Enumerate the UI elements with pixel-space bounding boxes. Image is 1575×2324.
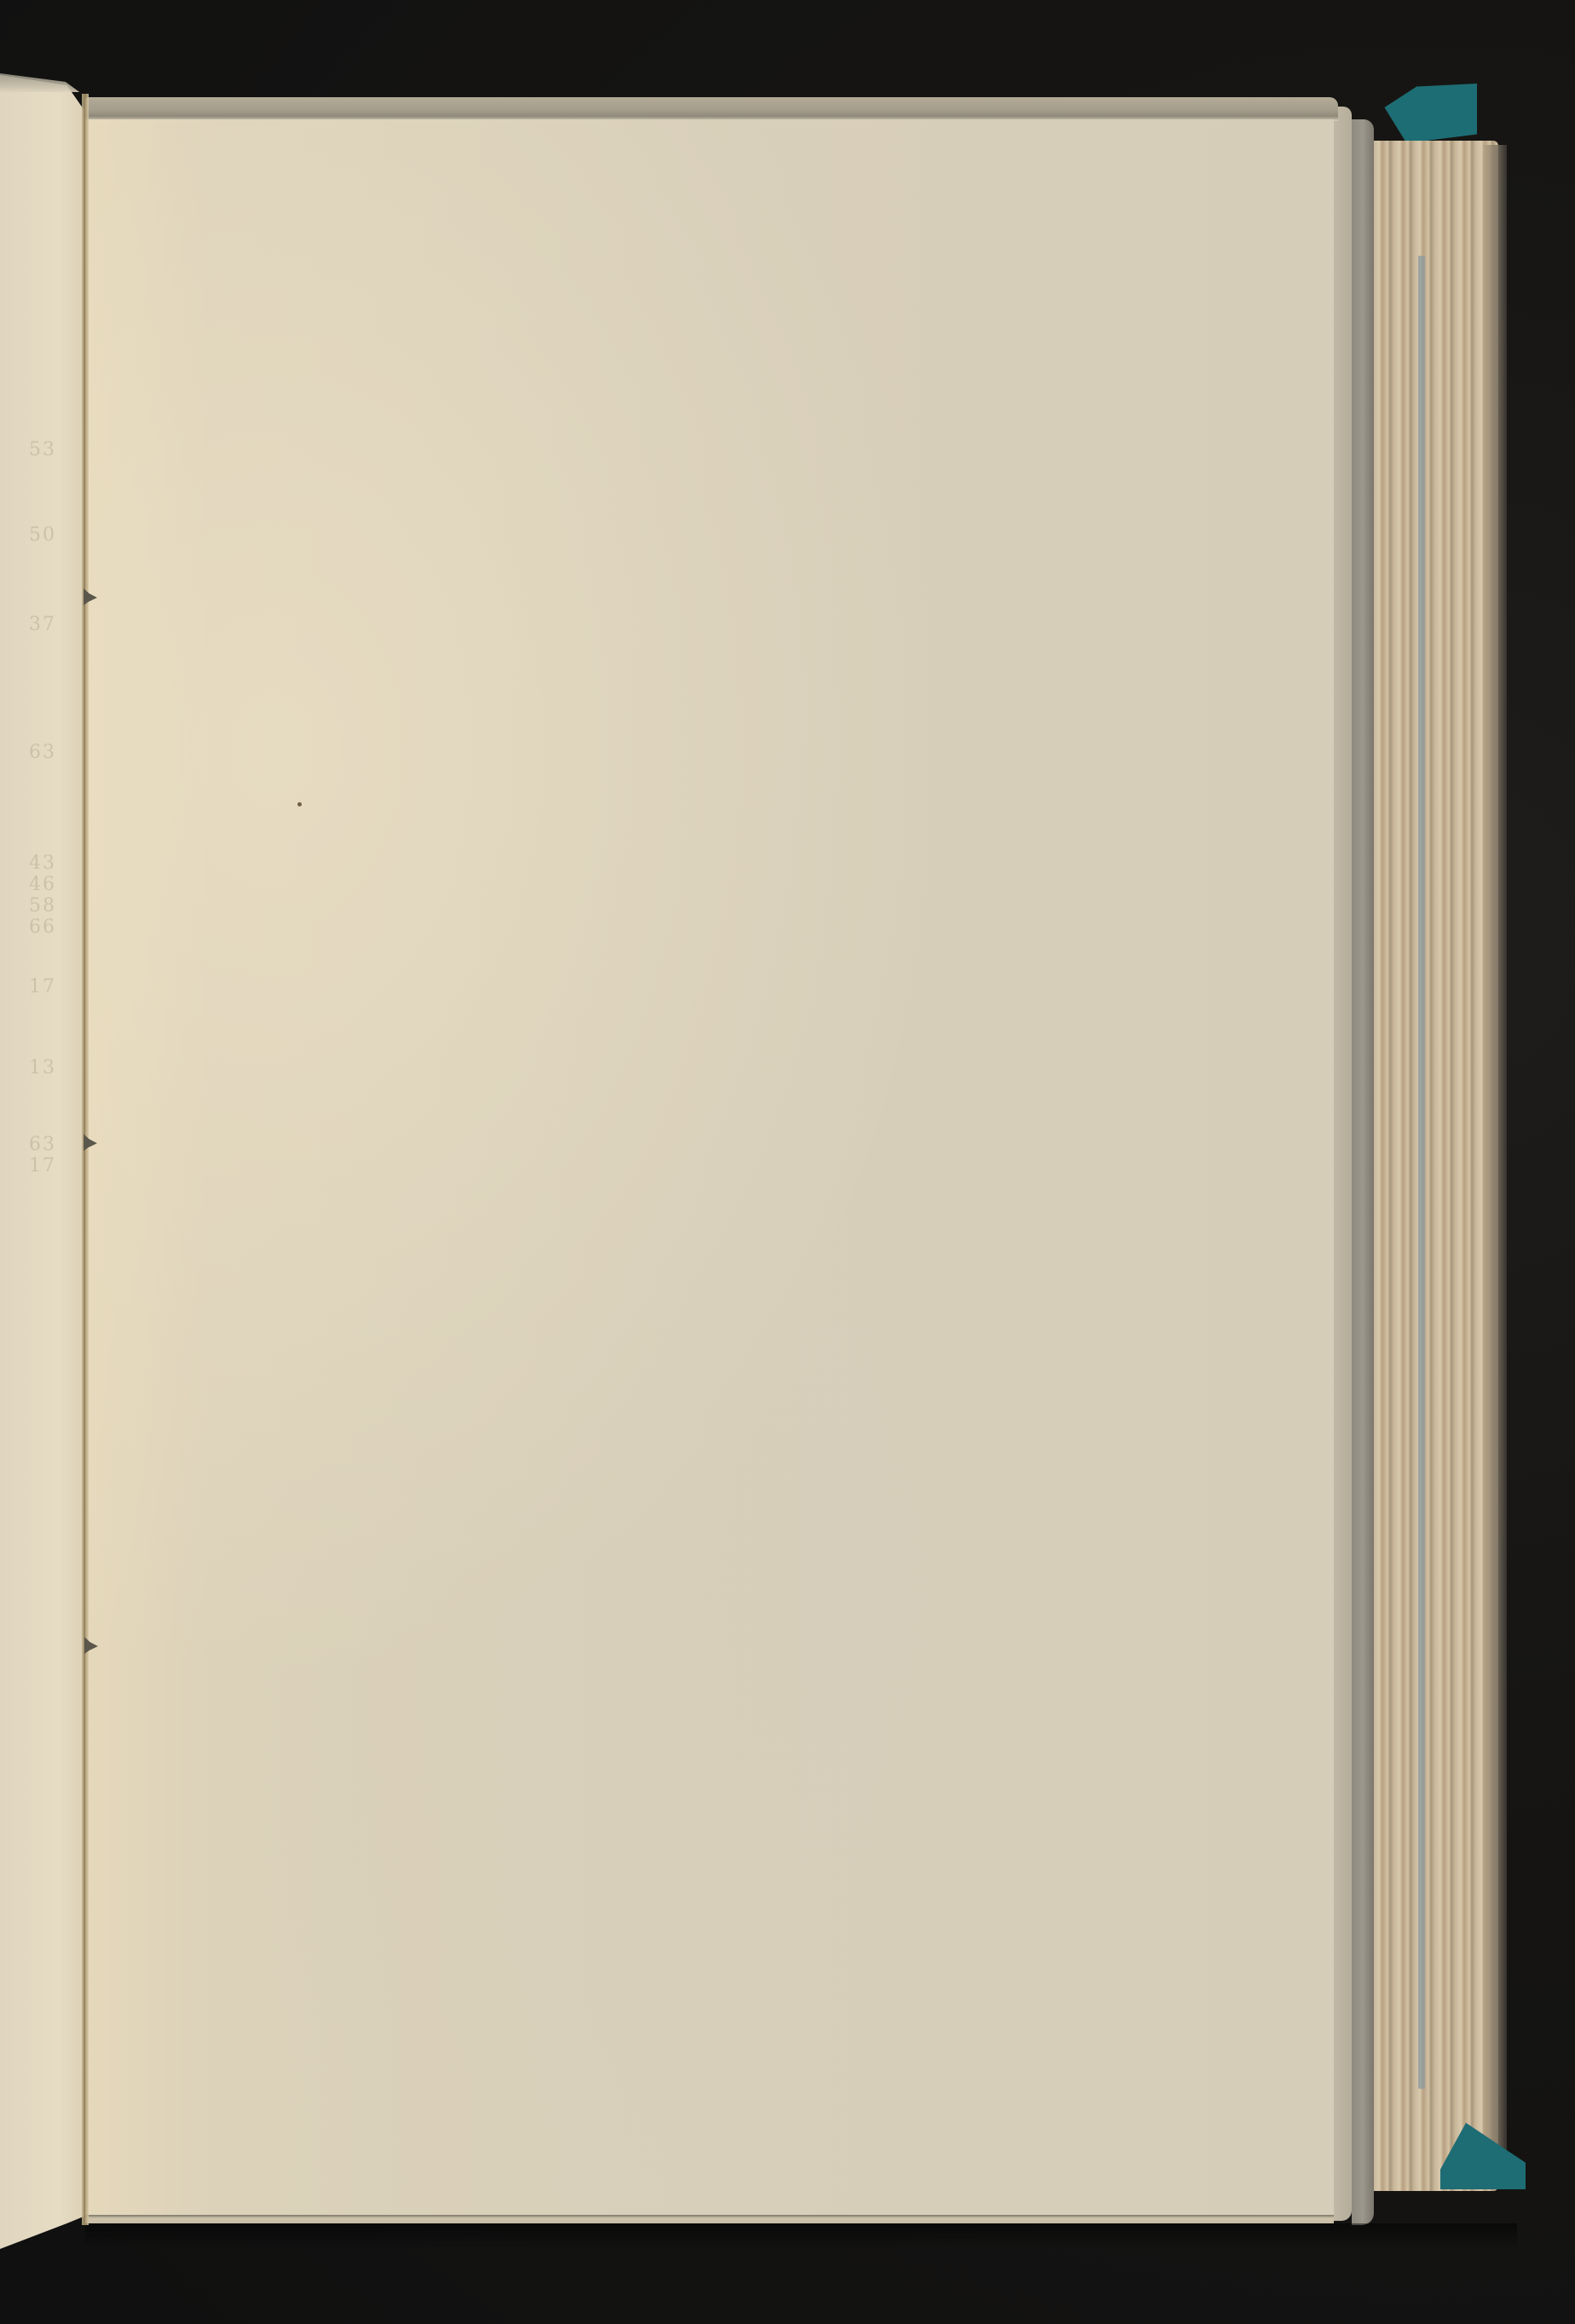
showthrough-mark: 58 xyxy=(29,895,56,916)
cover-board-edge xyxy=(1483,145,1507,2182)
showthrough-mark: 63 xyxy=(29,742,56,763)
page-bottom-edge xyxy=(85,2215,1334,2223)
book-gutter xyxy=(82,94,89,2225)
showthrough-mark: 46 xyxy=(29,874,56,895)
showthrough-mark: 13 xyxy=(29,1057,56,1078)
showthrough-mark: 43 xyxy=(29,853,56,874)
page-top-deckle-edge xyxy=(85,97,1338,121)
showthrough-mark: 53 xyxy=(29,439,56,460)
showthrough-mark: 17 xyxy=(29,976,56,997)
page-stack-stripe xyxy=(1418,256,1425,2089)
showthrough-mark: 17 xyxy=(29,1155,56,1176)
showthrough-mark: 37 xyxy=(29,614,56,635)
showthrough-mark: 50 xyxy=(29,524,56,546)
blank-page xyxy=(85,119,1334,2218)
fore-edge-strip-dark xyxy=(1352,119,1374,2225)
showthrough-mark: 63 xyxy=(29,1134,56,1155)
page-stack-fore-edge xyxy=(1374,141,1498,2191)
fore-edge-strip-light xyxy=(1331,107,1352,2221)
showthrough-text: 53 50 37 63 43 46 58 66 17 13 63 17 xyxy=(3,341,60,1364)
book-shadow xyxy=(85,2223,1517,2249)
showthrough-mark: 66 xyxy=(29,916,56,938)
paper-speck xyxy=(297,802,302,806)
